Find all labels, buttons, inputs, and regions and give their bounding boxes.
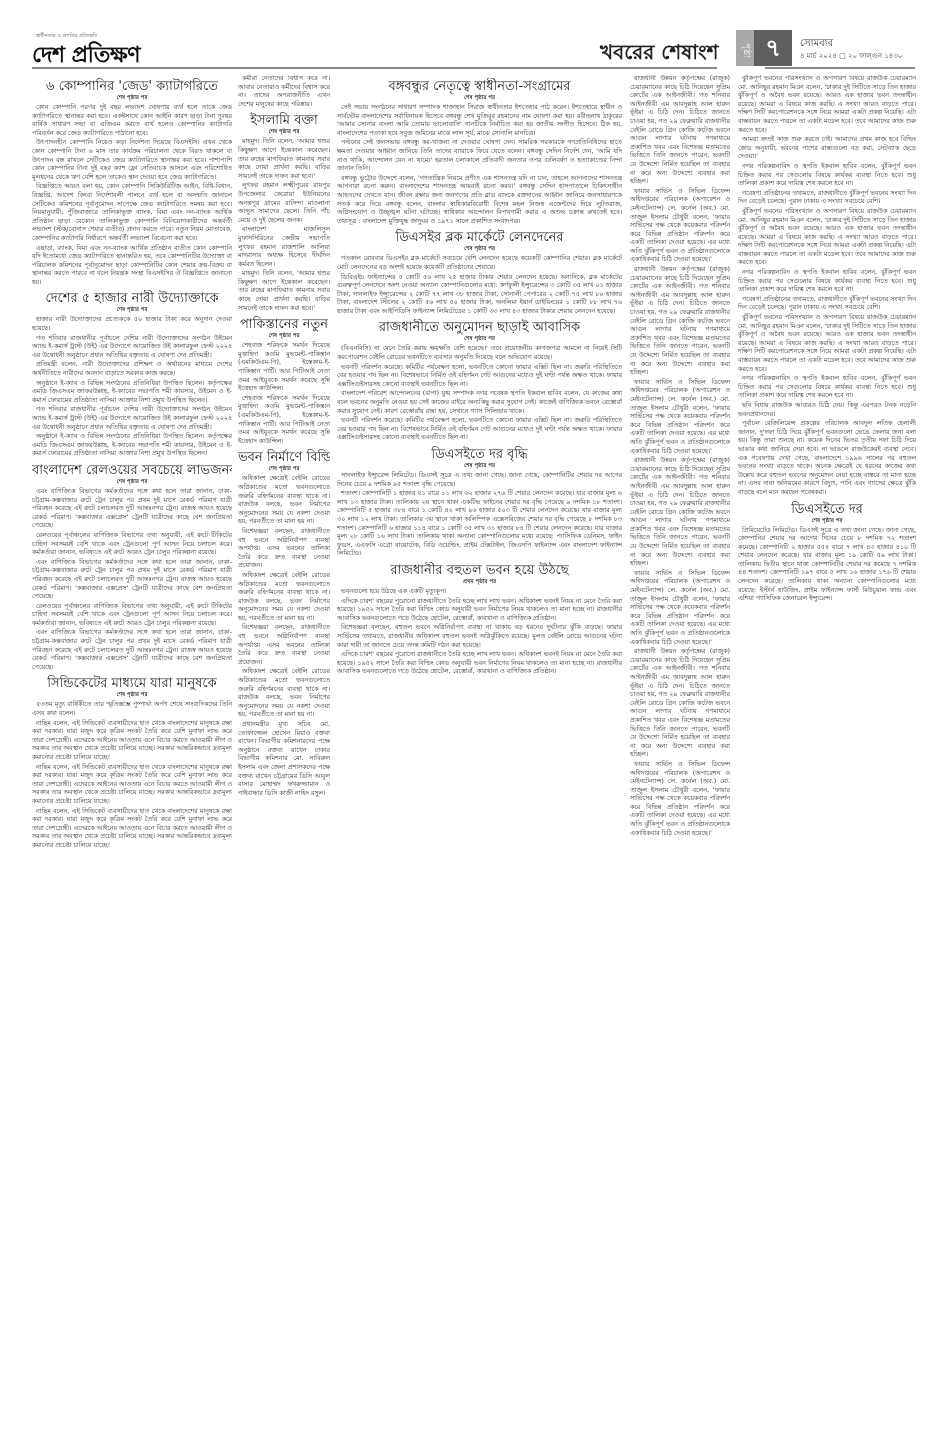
continued-label: শেষ পৃষ্ঠার পর bbox=[238, 129, 330, 136]
headline: ডিএসইতে দর বৃদ্ধি bbox=[337, 446, 622, 463]
article-paragraph: রাজধানী উন্নয়ন কর্তৃপক্ষের (রাজুক) চেয়… bbox=[630, 266, 730, 378]
article-paragraph: শেহবাজ শরিফকে সমর্থন দিয়েছে মুত্তাহিদা … bbox=[238, 342, 330, 394]
article-paragraph: ভবনটি পরিদর্শন করেছে। কমিটির পর্যবেক্ষণ … bbox=[337, 364, 622, 390]
article-paragraph: বিশেষজ্ঞরা বলছেন, বহুতল ভবনে অগ্নিনির্বা… bbox=[337, 624, 622, 650]
issue-date: ৪ মার্চ ২০২৪ □ ২০ ফাল্গুন ১৪৩০ bbox=[800, 50, 902, 62]
article-paragraph: এবং বাণিজ্যিক বিভাগের কর্মকর্তাদের সঙ্গে… bbox=[32, 488, 232, 531]
article-paragraph: বাংলাদেশ মাজলিসুল মুফাসসিরিনের কেন্দ্রীয… bbox=[238, 226, 330, 269]
column-2: কর্মীরা নেতাদের বিশ্বাস করে না। আবার নেত… bbox=[238, 75, 330, 1452]
masthead: স্বাধীনতার ও প্রগতির প্রতিচ্ছবি দেশ প্রত… bbox=[30, 30, 915, 66]
continued-label: শেষ পৃষ্ঠার পর bbox=[337, 95, 622, 102]
article-paragraph: প্রতিমন্ত্রী বলেন, নারী উদ্যোক্তাদের প্র… bbox=[32, 361, 232, 378]
article-paragraph: ছবি বিধায় রাজউক আবারও চিঠি দেয়। কিন্তু… bbox=[738, 402, 916, 419]
column-3: বঙ্গবন্ধুর নেতৃত্বে স্বাধীনতা-সংগ্রামের … bbox=[337, 75, 622, 1452]
headline: রাজধানীর বহুতল ভবন হয়ে উঠছে bbox=[337, 562, 622, 579]
article-paragraph: বিশেষজ্ঞরা বলছেন, রাজধানীতে বহু ভবনে অগ্… bbox=[238, 624, 330, 667]
continued-label: শেষ পৃষ্ঠার পর bbox=[238, 466, 330, 473]
continued-label: শেষ পৃষ্ঠার পর bbox=[32, 307, 232, 314]
article-paragraph: শেহবাজ শরিফকে সমর্থন দিয়েছে মুত্তাহিদা … bbox=[238, 395, 330, 447]
article-paragraph: (বিএনবিসি) না মেনে তৈরি করায় ক্ষয়ক্ষতি… bbox=[337, 345, 622, 362]
article-paragraph: গবেষণা প্রতিষ্ঠানের তথ্যমতে, রাজধানীতে ঝ… bbox=[738, 296, 916, 313]
article-paragraph: লুৎফর রহমান লক্ষ্মীপুরের রায়পুর উপজেলার… bbox=[238, 182, 330, 225]
page-number: ৭ bbox=[754, 30, 792, 66]
headline: বাংলাদেশ রেলওয়ের সবচেয়ে লাভজনক bbox=[32, 462, 232, 479]
article-paragraph: ভবনটি পরিদর্শন করেছে। কমিটির পর্যবেক্ষণ … bbox=[337, 417, 622, 443]
headline: সিন্ডিকেটের মাধ্যমে যারা মানুষকে bbox=[32, 675, 232, 692]
article-paragraph: এবং বাণিজ্যিক বিভাগের কর্মকর্তাদের সঙ্গে… bbox=[32, 559, 232, 602]
article-paragraph: ফায়ার সার্ভিস ও সিভিল ডিফেন্স অধিদপ্তরে… bbox=[630, 188, 730, 265]
headline: ৬ কোম্পানির 'জেড' ক্যাটাগরিতে bbox=[32, 78, 232, 95]
article-paragraph: নগর পরিকল্পনাবিদ ও স্থপতি ইকবাল হাবিব বল… bbox=[738, 375, 916, 401]
headline: বঙ্গবন্ধুর নেতৃত্বে স্বাধীনতা-সংগ্রামের bbox=[337, 78, 622, 95]
article-paragraph: ফায়ার সার্ভিস ও সিভিল ডিফেন্স অধিদপ্তরে… bbox=[630, 761, 730, 838]
article-paragraph: অধিকাংশ ক্ষেত্রেই বেইলি রোডের অগ্নিকাণ্ড… bbox=[238, 475, 330, 527]
headline: পাকিস্তানের নতুন bbox=[238, 316, 330, 333]
article-paragraph: সানলাইফ ইন্স্যুরেন্স লিমিটেড। ডিএসই সূত্… bbox=[337, 472, 622, 489]
article-paragraph: নগর পরিকল্পনাবিদ ও স্থপতি ইকবাল হাবিব বল… bbox=[738, 269, 916, 295]
article-paragraph: এদিকে চারশ' বছরের পুরোনো রাজধানীতে তৈরি … bbox=[337, 651, 622, 677]
article-paragraph: কর্মীরা নেতাদের বিশ্বাস করে না। আবার নেত… bbox=[238, 75, 330, 109]
article-paragraph: বঙ্গবন্ধু ভুট্টোর উদ্দেশে বলেন, 'গণতান্ত… bbox=[337, 175, 622, 227]
article-paragraph: গবেষণা প্রতিষ্ঠানের তথ্যমতে, রাজধানীতে ঝ… bbox=[738, 190, 916, 207]
continued-label: শেষ পৃষ্ঠার পর bbox=[337, 336, 622, 343]
headline: ইসলামি বক্তা bbox=[238, 112, 330, 129]
article-paragraph: কোন কোম্পানি পরপর দুই বছর লভ্যাংশ ঘোষণায… bbox=[32, 104, 232, 138]
column-4: রাজধানী উন্নয়ন কর্তৃপক্ষের (রাজুক) চেয়… bbox=[630, 75, 730, 1452]
headline: ভবন নির্মাণে বিল্ডিং bbox=[238, 449, 330, 466]
article-paragraph: গতকাল রোববার ডিএসইর ব্লক মার্কেটে সবচেয়… bbox=[337, 255, 622, 272]
article-paragraph: গত শনিবার রাজধানীর পূর্বাচলে দেশিয় নারী… bbox=[32, 335, 232, 361]
article-paragraph: অনুষ্ঠানে ই-ক্যাব ও বিভিন্ন সংগঠনের প্রত… bbox=[32, 380, 232, 406]
article-paragraph: নাছিম বলেন, এই সিন্ডিকেট ব্যবসায়ীদের হা… bbox=[32, 808, 232, 851]
article-paragraph: উৎপাদনহীন কোম্পানি নিয়েও কড়া নির্দেশনা… bbox=[32, 139, 232, 182]
article-paragraph: গত শনিবার রাজধানীর পূর্বাচলে দেশিয় নারী… bbox=[32, 406, 232, 432]
headline: ডিএসইর ব্লক মার্কেটে লেনদেনের bbox=[337, 229, 622, 246]
article-paragraph: ৫৩তম মৃত্যু বার্ষিকীতে তার স্মৃতিস্তম্ভে… bbox=[32, 701, 232, 718]
article-paragraph: সেই সভায় সংগঠনের সাধারণ সম্পাদক শাজাহান… bbox=[337, 104, 622, 138]
article-paragraph: রেলওয়ের পূর্বাঞ্চলের বাণিজ্যিক বিভাগের … bbox=[32, 532, 232, 558]
article-paragraph: অধিকাংশ ক্ষেত্রেই বেইলি রোডের অগ্নিকাণ্ড… bbox=[238, 572, 330, 624]
article-paragraph: নগর পরিকল্পনাবিদ ও স্থপতি ইকবাল হাবিব বল… bbox=[738, 163, 916, 189]
article-paragraph: রাজধানী উন্নয়ন কর্তৃপক্ষের (রাজুক) চেয়… bbox=[630, 457, 730, 569]
article-paragraph: ফায়ার সার্ভিস ও সিভিল ডিফেন্স অধিদপ্তরে… bbox=[630, 570, 730, 647]
article-paragraph: এছাড়া, ব্যাংক, বিমা এবং নন-ব্যাংক আর্থি… bbox=[32, 245, 232, 288]
article-paragraph: নাছিম বলেন, এই সিন্ডিকেট ব্যবসায়ীদের হা… bbox=[32, 764, 232, 807]
article-paragraph: ডিবিএইচ ফাইন্যান্সের ৫ কোটি ৫৬ লাখ ২৫ হা… bbox=[337, 274, 622, 317]
article-paragraph: শতাংশ। কোম্পানিটি ১ হাজার ৫১ বারে ১১ লাখ… bbox=[337, 490, 622, 559]
newspaper-logo: দেশ প্রতিক্ষণ bbox=[32, 38, 140, 75]
continued-label: প্রথম পৃষ্ঠার পর bbox=[337, 579, 622, 586]
headline: রাজধানীতে অনুমোদন ছাড়াই আবাসিক bbox=[337, 319, 622, 336]
article-paragraph: ঝুঁকিপূর্ণ ভবনের পরিসংখ্যান ও অপসারণ বিষ… bbox=[738, 208, 916, 268]
article-paragraph: অধিকাংশ ক্ষেত্রেই বেইলি রোডের অগ্নিকাণ্ড… bbox=[238, 668, 330, 720]
continued-label: শেষ পৃষ্ঠার পর bbox=[238, 333, 330, 340]
article-paragraph: প্রধানমন্ত্রীর মুখ্য সচিব মো. তোফাজ্জেল … bbox=[238, 721, 330, 798]
article-paragraph: মাহমুদ। তিনি বলেন, 'আমার শ্বশুর কিছুক্ষণ… bbox=[238, 138, 330, 181]
article-paragraph: অনুষ্ঠানে ই-ক্যাব ও বিভিন্ন সংগঠনের প্রত… bbox=[32, 433, 232, 459]
article-paragraph: হাজার নারী উদ্যোক্তাদের প্রত্যেককে ৫০ হা… bbox=[32, 316, 232, 333]
article-paragraph: এবং বাণিজ্যিক বিভাগের কর্মকর্তাদের সঙ্গে… bbox=[32, 629, 232, 672]
article-paragraph: রেলওয়ের পূর্বাঞ্চলের বাণিজ্যিক বিভাগের … bbox=[32, 603, 232, 629]
article-paragraph: রাজধানী উন্নয়ন কর্তৃপক্ষের (রাজুক) চেয়… bbox=[630, 75, 730, 187]
column-5: ঝুঁকিপূর্ণ ভবনের পরিসংখ্যান ও অপসারণ বিষ… bbox=[738, 75, 916, 1452]
newspaper-page: স্বাধীনতার ও প্রগতির প্রতিচ্ছবি দেশ প্রত… bbox=[0, 0, 945, 1452]
article-paragraph: ফায়ার সার্ভিস ও সিভিল ডিফেন্স অধিদপ্তরে… bbox=[630, 379, 730, 456]
continued-label: শেষ পৃষ্ঠার পর bbox=[32, 479, 232, 486]
article-paragraph: ভবনগুলো হয়ে উঠছে এক একটি মৃত্যুকূপ। bbox=[337, 588, 622, 597]
continued-label: শেষ পৃষ্ঠার পর bbox=[32, 692, 232, 699]
header-divider bbox=[32, 67, 717, 69]
header-divider-right bbox=[765, 67, 915, 69]
page-label: পৃষ্ঠা bbox=[736, 30, 754, 66]
article-paragraph: পূর্বাচল রেজিলিয়েন্স প্রকল্পের পরিচালক … bbox=[738, 420, 916, 497]
article-paragraph: ঝুঁকিপূর্ণ ভবনের পরিসংখ্যান ও অপসারণ বিষ… bbox=[738, 75, 916, 135]
column-1: ৬ কোম্পানির 'জেড' ক্যাটাগরিতে শেষ পৃষ্ঠা… bbox=[32, 75, 232, 1452]
article-paragraph: বিজ্ঞপ্তিতে আরও বলা হয়, কোন কোম্পানি সি… bbox=[32, 183, 232, 243]
article-paragraph: ঝুঁকিপূর্ণ ভবনের পরিসংখ্যান ও অপসারণ বিষ… bbox=[738, 314, 916, 374]
article-paragraph: প্রিমিয়েটেড লিমিটেড। ডিএসই সূত্রে এ তথ্… bbox=[738, 527, 916, 604]
article-paragraph: পল্টনের সেই জনসভায় বঙ্গবন্ধু কর-খাজনা ন… bbox=[337, 139, 622, 173]
continued-label: শেষ পৃষ্ঠার পর bbox=[32, 95, 232, 102]
article-paragraph: এদিকে চারশ' বছরের পুরোনো রাজধানীতে তৈরি … bbox=[337, 598, 622, 624]
headline: দেশের ৫ হাজার নারী উদ্যোক্তাকে bbox=[32, 290, 232, 307]
article-paragraph: রাজধানী উন্নয়ন কর্তৃপক্ষের (রাজুক) চেয়… bbox=[630, 648, 730, 760]
continued-label: শেষ পৃষ্ঠার পর bbox=[738, 518, 916, 525]
article-paragraph: আমরা দ্রুতই কাজ শুরু করতে চাই। আমাদের প্… bbox=[738, 136, 916, 162]
headline: ডিএসইতে দর bbox=[738, 501, 916, 518]
continued-label: শেষ পৃষ্ঠার পর bbox=[337, 246, 622, 253]
article-paragraph: নাছিম বলেন, এই সিন্ডিকেট ব্যবসায়ীদের হা… bbox=[32, 720, 232, 763]
article-paragraph: মাহমুদ। তিনি বলেন, 'আমার শ্বশুর কিছুক্ষণ… bbox=[238, 270, 330, 313]
continued-label: শেষ পৃষ্ঠার পর bbox=[337, 463, 622, 470]
article-paragraph: বিশেষজ্ঞরা বলছেন, রাজধানীতে বহু ভবনে অগ্… bbox=[238, 528, 330, 571]
article-paragraph: বাংলাদেশ পরিবেশ আন্দোলনের (বাপা) যুগ্ম স… bbox=[337, 390, 622, 416]
